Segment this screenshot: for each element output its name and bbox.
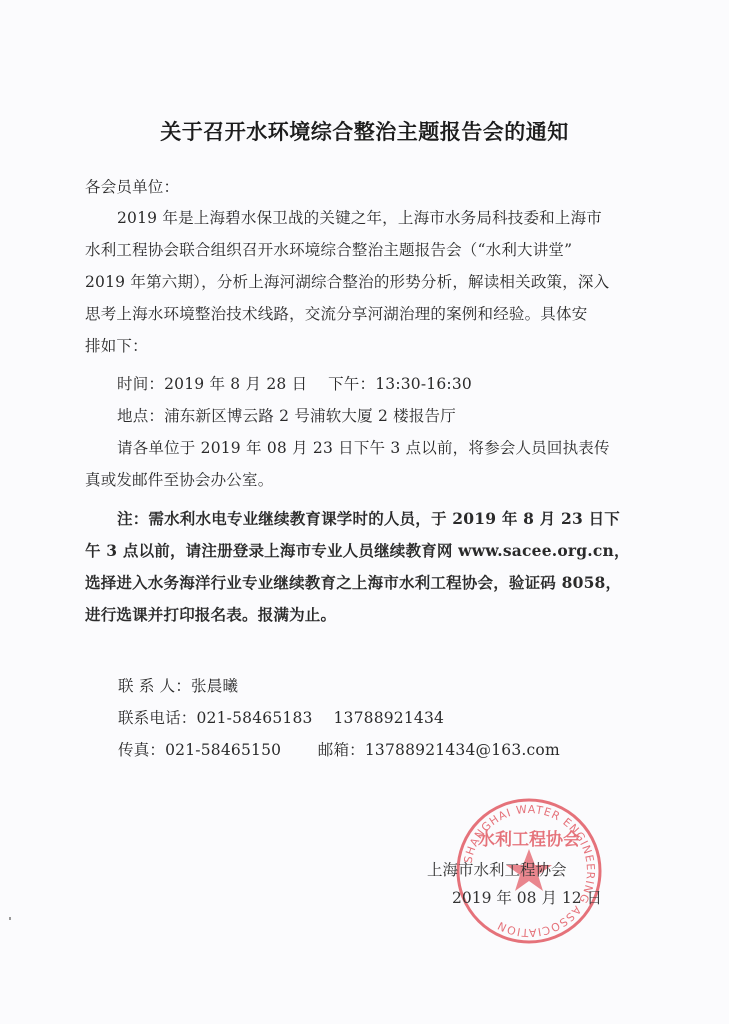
time-line: 时间：2019 年 8 月 28 日 下午：13:30-16:30 [117,374,472,394]
body-line: 水利工程协会联合组织召开水环境综合整治主题报告会（“水利大讲堂” [85,240,572,260]
body-line: 2019 年第六期），分析上海河湖综合整治的形势分析，解读相关政策，深入 [85,272,609,292]
body-line: 排如下： [85,336,148,356]
signature-date: 2019 年 08 月 12 日 [452,886,602,908]
note-line: 注：需水利水电专业继续教育课学时的人员，于 2019 年 8 月 23 日下 [117,509,620,529]
body-line: 思考上海水环境整治技术线路，交流分享河湖治理的案例和经验。具体安 [85,304,587,324]
reply-line: 请各单位于 2019 年 08 月 23 日下午 3 点以前，将参会人员回执表传 [117,438,610,458]
svg-text:水利工程协会: 水利工程协会 [478,829,580,850]
body-line: 2019 年是上海碧水保卫战的关键之年，上海市水务局科技委和上海市 [117,208,602,228]
note-line: 午 3 点以前，请注册登录上海市专业人员继续教育网 www.sacee.org.… [85,541,630,561]
document-title: 关于召开水环境综合整治主题报告会的通知 [0,116,729,146]
contact-phone: 联系电话：021-58465183 13788921434 [118,708,444,728]
scan-speck [9,917,11,920]
contact-fax-email: 传真：021-58465150 邮箱：13788921434@163.com [118,740,560,760]
note-line: 选择进入水务海洋行业专业继续教育之上海市水利工程协会，验证码 8058， [85,573,621,593]
note-line: 进行选课并打印报名表。报满为止。 [85,605,336,625]
place-line: 地点：浦东新区博云路 2 号浦软大厦 2 楼报告厅 [117,406,456,426]
reply-line: 真或发邮件至协会办公室。 [85,470,273,490]
signature-organization: 上海市水利工程协会 [427,858,567,880]
contact-person: 联 系 人：张晨曦 [118,676,238,696]
notice-document: 关于召开水环境综合整治主题报告会的通知 各会员单位： 2019 年是上海碧水保卫… [0,0,729,1024]
salutation: 各会员单位： [85,177,179,197]
